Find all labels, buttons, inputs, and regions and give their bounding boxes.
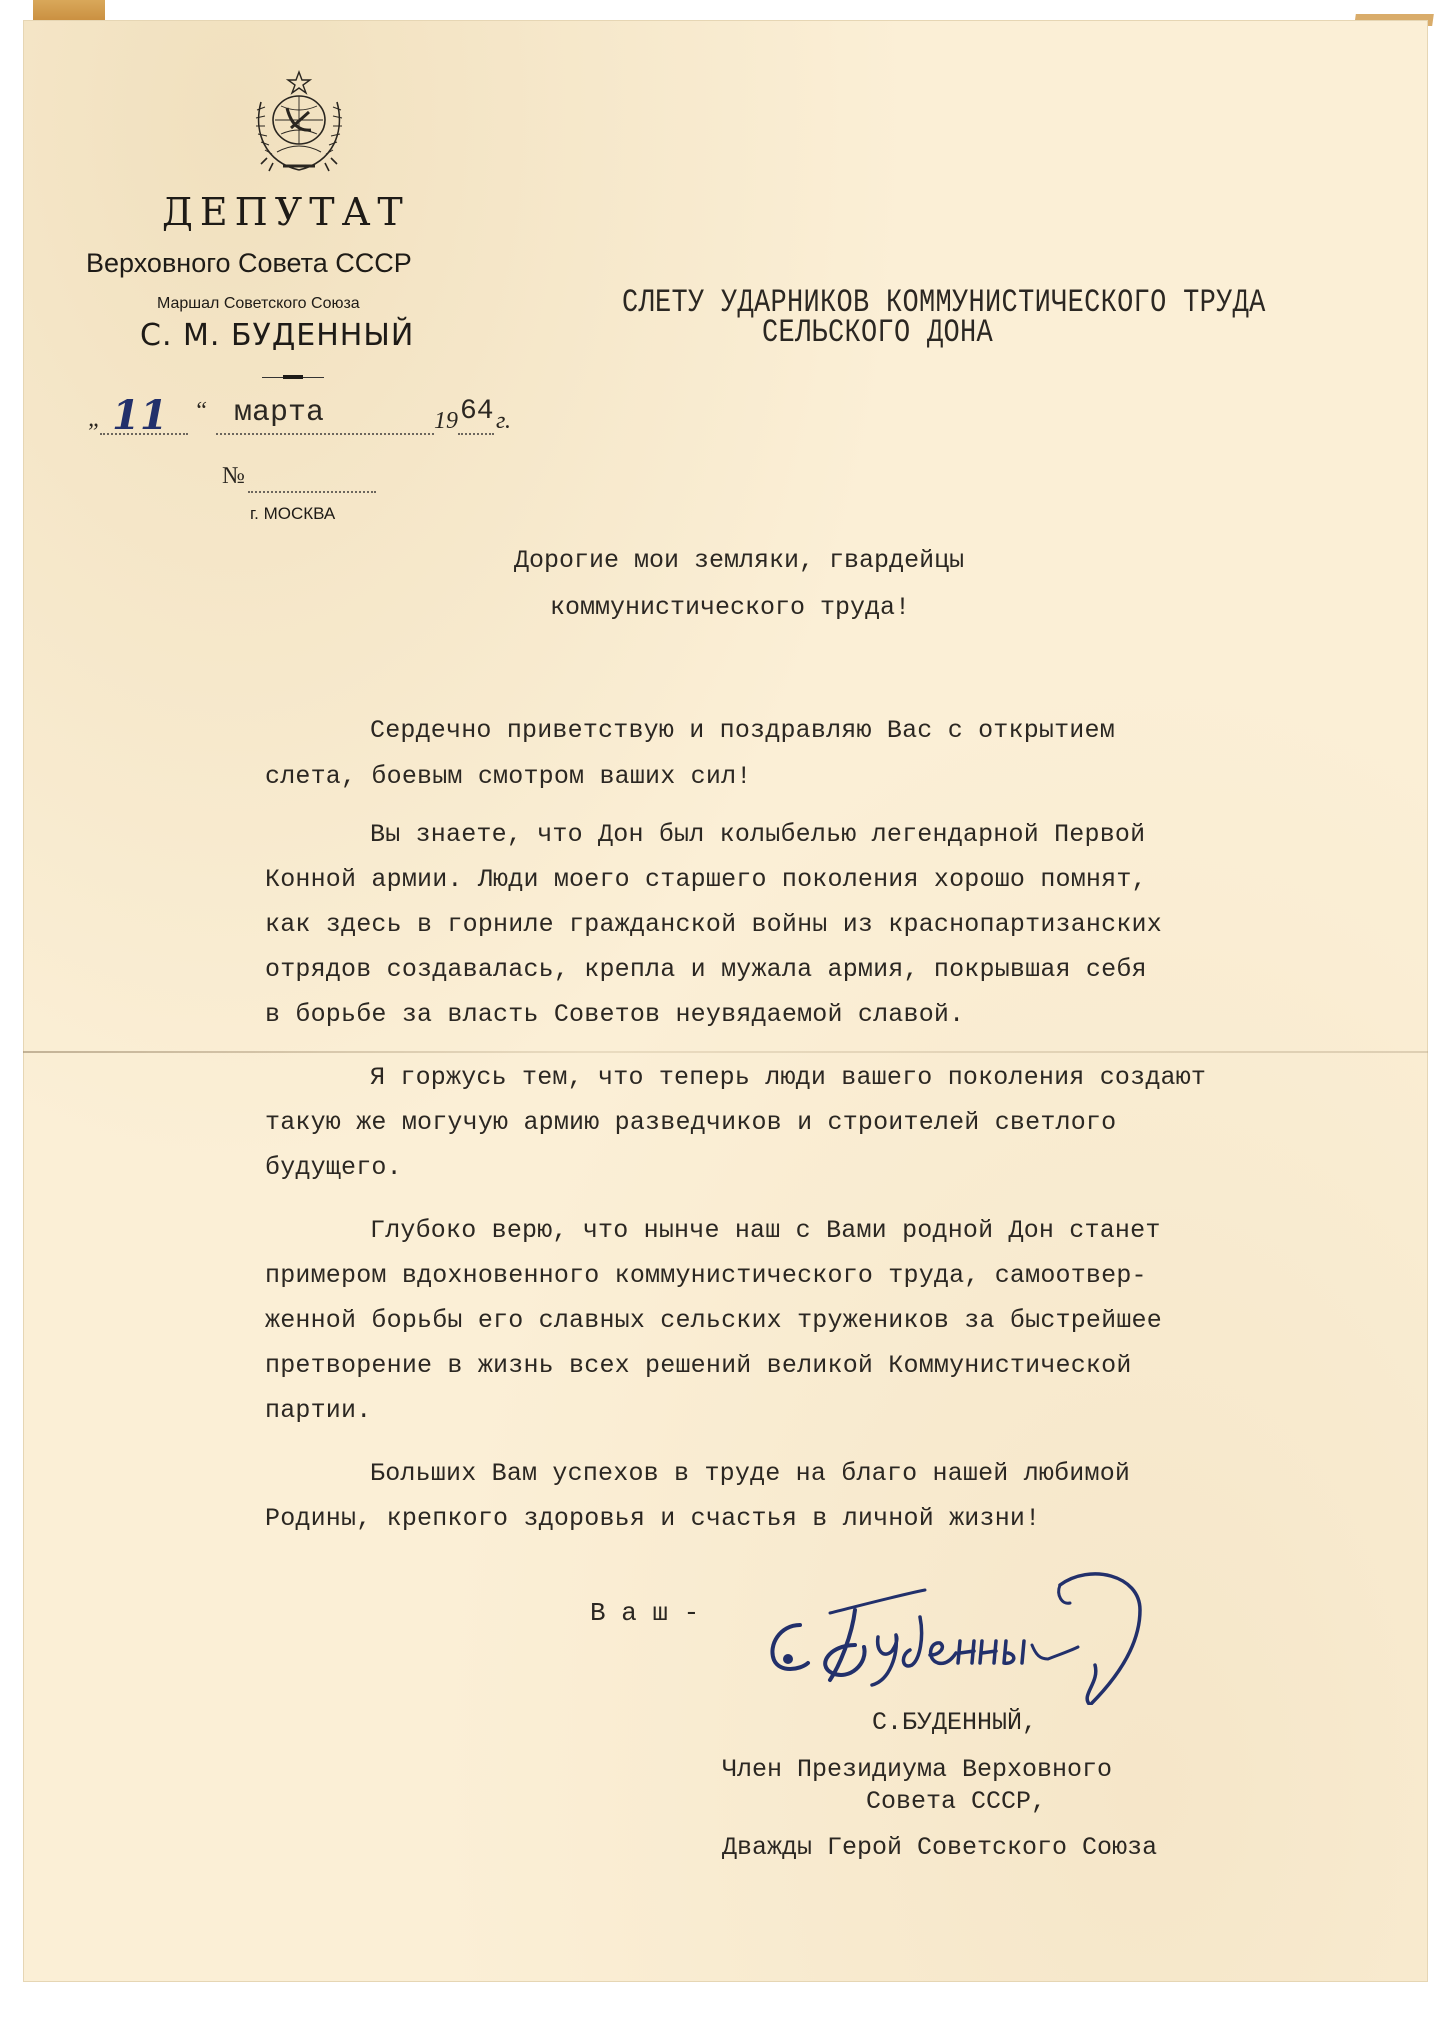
paper-tab-top-left	[33, 0, 105, 22]
body-line: партии.	[265, 1396, 371, 1425]
signatory-name: С.БУДЕННЫЙ,	[872, 1708, 1037, 1737]
body-line: Родины, крепкого здоровья и счастья в ли…	[265, 1504, 1040, 1533]
body-line: Вы знаете, что Дон был колыбелью легенда…	[370, 820, 1145, 849]
letterhead-city: г. МОСКВА	[250, 504, 335, 524]
body-line: слета, боевым смотром ваших сил!	[265, 762, 751, 791]
letterhead-title: ДЕПУТАТ	[162, 190, 410, 234]
date-open-quote: „	[88, 406, 101, 433]
addressee-line-2: СЕЛЬСКОГО ДОНА	[762, 316, 993, 352]
letterhead-name: С. М. БУДЕННЫЙ	[140, 318, 414, 353]
body-line: как здесь в горниле гражданской войны из…	[265, 910, 1162, 939]
body-line: Больших Вам успехов в труде на благо наш…	[370, 1459, 1130, 1488]
body-line: примером вдохновенного коммунистического…	[265, 1261, 1147, 1290]
signatory-title-line-2: Совета СССР,	[866, 1787, 1046, 1816]
letterhead-rank: Маршал Советского Союза	[157, 295, 360, 313]
body-line: женной борьбы его славных сельских труже…	[265, 1306, 1162, 1335]
date-close-quote: “	[194, 398, 207, 425]
body-line: Сердечно приветствую и поздравляю Вас с …	[370, 716, 1115, 745]
ussr-coat-of-arms-emblem	[247, 70, 351, 180]
signatory-title-line-1: Член Президиума Верховного	[722, 1755, 1112, 1784]
body-line: Я горжусь тем, что теперь люди вашего по…	[370, 1063, 1206, 1092]
date-year-dotted-line	[458, 433, 494, 435]
fold-crease	[23, 1051, 1428, 1053]
date-month: марта	[234, 396, 324, 430]
date-day-dotted-line	[100, 433, 188, 435]
salutation-line-2: коммунистического труда!	[550, 593, 910, 622]
body-line: такую же могучую армию разведчиков и стр…	[265, 1108, 1116, 1137]
date-year-suffix: 64	[460, 396, 494, 427]
signatory-title-line-3: Дважды Герой Советского Союза	[722, 1833, 1157, 1862]
letterhead-subtitle: Верховного Совета СССР	[86, 248, 412, 279]
date-year-prefix: 19	[434, 408, 458, 435]
date-year-unit: г.	[496, 408, 511, 435]
date-day: 11	[112, 392, 168, 439]
date-month-dotted-line	[216, 433, 434, 435]
body-line: отрядов создавалась, крепла и мужала арм…	[265, 955, 1147, 984]
body-line: в борьбе за власть Советов неувядаемой с…	[265, 1000, 964, 1029]
body-line: Глубоко верю, что нынче наш с Вами родно…	[370, 1216, 1161, 1245]
valediction: В а ш -	[590, 1598, 699, 1628]
letterhead-divider	[262, 377, 324, 378]
date-field: „ 11 “ марта 19 64 г.	[88, 398, 508, 438]
handwritten-signature	[760, 1555, 1180, 1705]
body-line: Конной армии. Люди моего старшего поколе…	[265, 865, 1147, 894]
number-dotted-line	[248, 491, 376, 493]
body-line: претворение в жизнь всех решений великой…	[265, 1351, 1132, 1380]
body-line: будущего.	[265, 1153, 402, 1182]
number-label: №	[222, 463, 245, 490]
salutation-line-1: Дорогие мои земляки, гвардейцы	[514, 546, 964, 575]
